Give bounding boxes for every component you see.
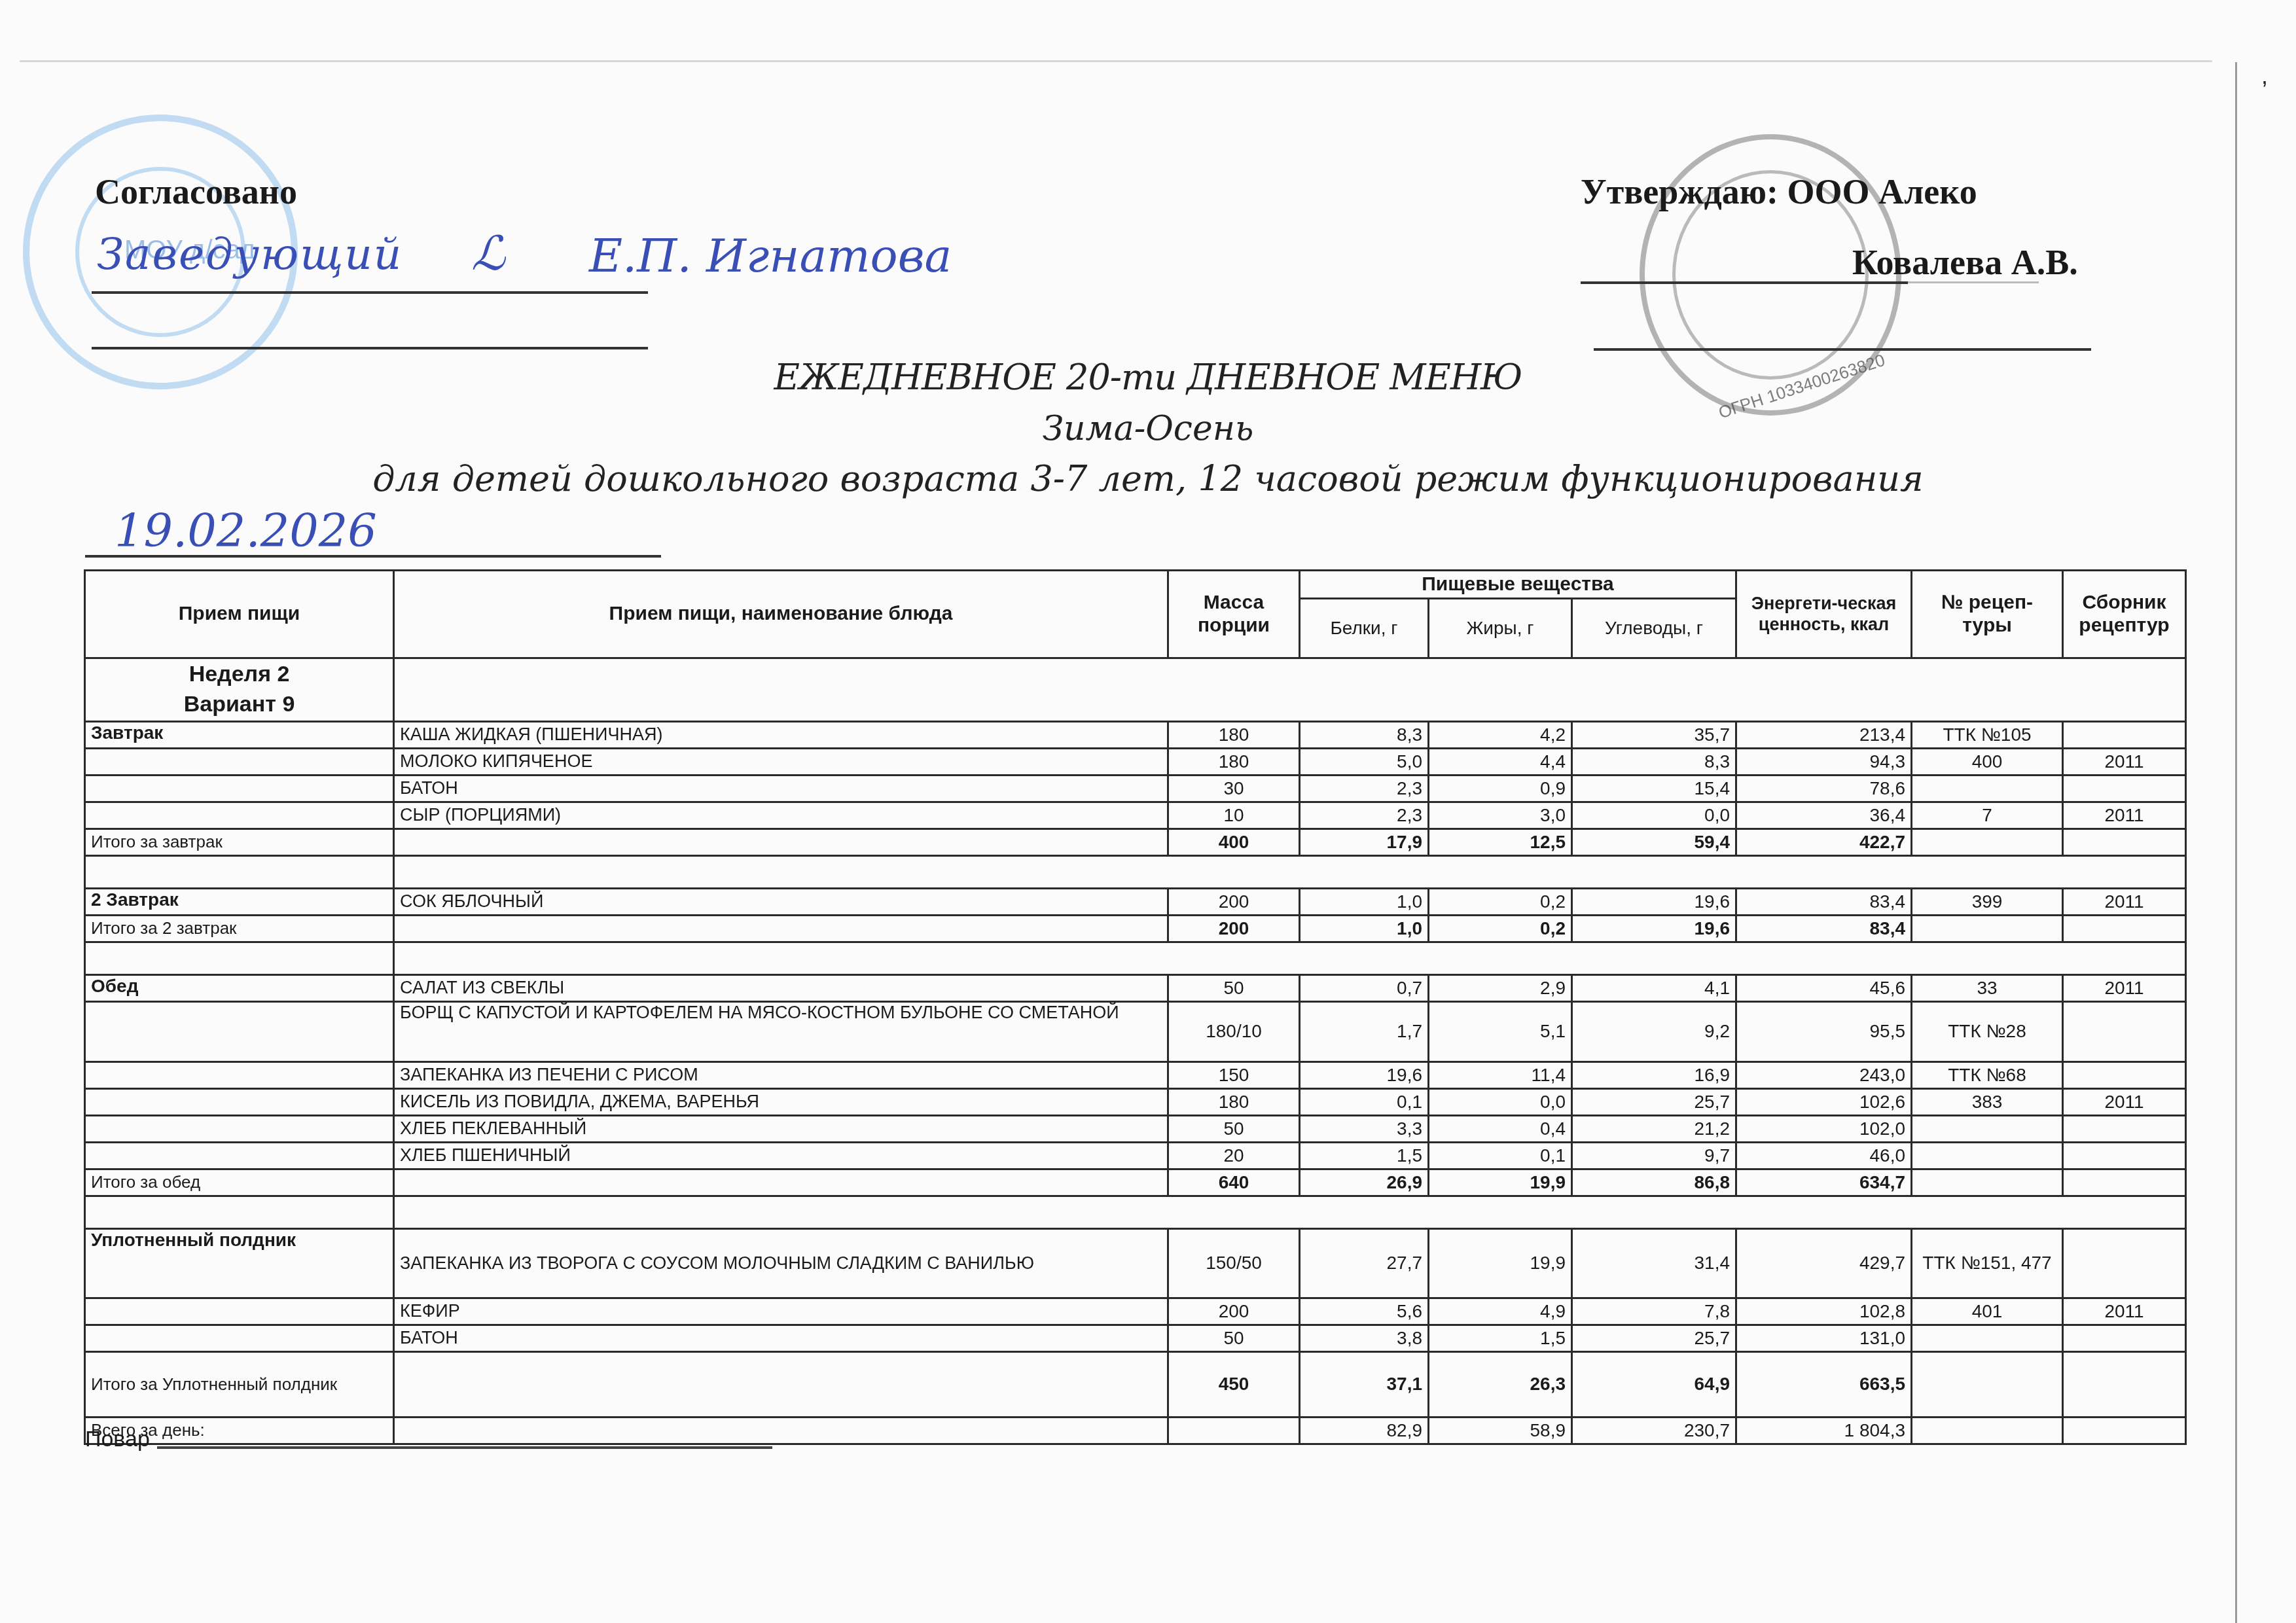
collection-cell: 2011 <box>2063 802 2186 829</box>
energy-cell: 95,5 <box>1736 1002 1912 1062</box>
protein-cell: 1,0 <box>1300 916 1429 942</box>
dish-cell: СЫР (ПОРЦИЯМИ) <box>394 802 1168 829</box>
recipe-cell: ТТК №68 <box>1912 1062 2063 1089</box>
collection-cell <box>2063 1169 2186 1196</box>
protein-cell: 2,3 <box>1300 776 1429 802</box>
variant-label: Вариант 9 <box>91 690 387 720</box>
collection-cell: 2011 <box>2063 1298 2186 1325</box>
spacer-row <box>85 856 2186 889</box>
carbs-cell: 31,4 <box>1572 1229 1736 1298</box>
fat-cell: 19,9 <box>1429 1169 1572 1196</box>
protein-cell: 82,9 <box>1300 1418 1429 1444</box>
protein-cell: 1,0 <box>1300 889 1429 916</box>
spacer-cell <box>85 856 394 889</box>
carbs-cell: 16,9 <box>1572 1062 1736 1089</box>
protein-cell: 27,7 <box>1300 1229 1429 1298</box>
approval-left-position-handwritten: Заведующий <box>97 229 403 279</box>
energy-cell: 46,0 <box>1736 1143 1912 1169</box>
recipe-cell <box>1912 916 2063 942</box>
mass-cell: 20 <box>1168 1143 1300 1169</box>
dish-cell: САЛАТ ИЗ СВЕКЛЫ <box>394 975 1168 1002</box>
header-fat: Жиры, г <box>1429 599 1572 658</box>
fat-cell: 0,9 <box>1429 776 1572 802</box>
collection-cell: 2011 <box>2063 749 2186 776</box>
protein-cell: 2,3 <box>1300 802 1429 829</box>
dish-cell: ЗАПЕКАНКА ИЗ ТВОРОГА С СОУСОМ МОЛОЧНЫМ С… <box>394 1229 1168 1298</box>
approval-left-name-handwritten: Е.П. Игнатова <box>589 229 952 283</box>
dish-row: ОбедСАЛАТ ИЗ СВЕКЛЫ500,72,94,145,6332011 <box>85 975 2186 1002</box>
protein-cell: 1,7 <box>1300 1002 1429 1062</box>
dish-row: СЫР (ПОРЦИЯМИ)102,33,00,036,472011 <box>85 802 2186 829</box>
collection-cell <box>2063 1325 2186 1352</box>
energy-cell: 663,5 <box>1736 1352 1912 1418</box>
mass-cell <box>1168 1418 1300 1444</box>
date-handwritten: 19.02.2026 <box>115 504 377 558</box>
recipe-cell: ТТК №105 <box>1912 722 2063 749</box>
dish-row: ЗавтракКАША ЖИДКАЯ (ПШЕНИЧНАЯ)1808,34,23… <box>85 722 2186 749</box>
energy-cell: 213,4 <box>1736 722 1912 749</box>
collection-cell <box>2063 1418 2186 1444</box>
carbs-cell: 15,4 <box>1572 776 1736 802</box>
document-season: Зима-Осень <box>0 409 2296 448</box>
date-line <box>85 555 661 558</box>
recipe-cell <box>1912 1169 2063 1196</box>
carbs-cell: 9,7 <box>1572 1143 1736 1169</box>
recipe-cell: 33 <box>1912 975 2063 1002</box>
mass-cell: 400 <box>1168 829 1300 856</box>
carbs-cell: 21,2 <box>1572 1116 1736 1143</box>
fat-cell: 0,1 <box>1429 1143 1572 1169</box>
fat-cell: 1,5 <box>1429 1325 1572 1352</box>
header-nutrients: Пищевые вещества <box>1300 571 1736 599</box>
recipe-cell <box>1912 829 2063 856</box>
carbs-cell: 19,6 <box>1572 916 1736 942</box>
document-title: ЕЖЕДНЕВНОЕ 20-ти ДНЕВНОЕ МЕНЮ <box>0 357 2296 398</box>
carbs-cell: 35,7 <box>1572 722 1736 749</box>
protein-cell: 0,7 <box>1300 975 1429 1002</box>
meal-cell <box>85 1116 394 1143</box>
mass-cell: 200 <box>1168 1298 1300 1325</box>
fat-cell: 58,9 <box>1429 1418 1572 1444</box>
dish-cell: КИСЕЛЬ ИЗ ПОВИДЛА, ДЖЕМА, ВАРЕНЬЯ <box>394 1089 1168 1116</box>
mass-cell: 50 <box>1168 1116 1300 1143</box>
collection-cell <box>2063 1116 2186 1143</box>
meal-cell <box>85 1143 394 1169</box>
recipe-cell <box>1912 1352 2063 1418</box>
spacer-cell <box>85 942 394 975</box>
protein-cell: 0,1 <box>1300 1089 1429 1116</box>
mass-cell: 50 <box>1168 975 1300 1002</box>
fat-cell: 12,5 <box>1429 829 1572 856</box>
fat-cell: 0,4 <box>1429 1116 1572 1143</box>
collection-cell <box>2063 722 2186 749</box>
mass-cell: 50 <box>1168 1325 1300 1352</box>
signature-left: ℒ <box>471 226 505 281</box>
carbs-cell: 25,7 <box>1572 1089 1736 1116</box>
energy-cell: 1 804,3 <box>1736 1418 1912 1444</box>
meal-cell: Итого за завтрак <box>85 829 394 856</box>
recipe-cell: 400 <box>1912 749 2063 776</box>
dish-cell <box>394 1352 1168 1418</box>
energy-cell: 102,8 <box>1736 1298 1912 1325</box>
dish-cell: ХЛЕБ ПШЕНИЧНЫЙ <box>394 1143 1168 1169</box>
subtotal-row: Итого за обед64026,919,986,8634,7 <box>85 1169 2186 1196</box>
mass-cell: 200 <box>1168 916 1300 942</box>
dish-row: БАТОН302,30,915,478,6 <box>85 776 2186 802</box>
dish-cell: ЗАПЕКАНКА ИЗ ПЕЧЕНИ С РИСОМ <box>394 1062 1168 1089</box>
dish-cell: КАША ЖИДКАЯ (ПШЕНИЧНАЯ) <box>394 722 1168 749</box>
protein-cell: 3,3 <box>1300 1116 1429 1143</box>
dish-cell: БАТОН <box>394 776 1168 802</box>
dish-cell: БОРЩ С КАПУСТОЙ И КАРТОФЕЛЕМ НА МЯСО-КОС… <box>394 1002 1168 1062</box>
dish-cell <box>394 1418 1168 1444</box>
energy-cell: 131,0 <box>1736 1325 1912 1352</box>
scan-right-edge <box>2235 62 2237 1623</box>
dish-row: ХЛЕБ ПШЕНИЧНЫЙ201,50,19,746,0 <box>85 1143 2186 1169</box>
approval-right-label: Утверждаю: ООО Алеко <box>1581 171 1977 212</box>
dish-row: 2 ЗавтракСОК ЯБЛОЧНЫЙ2001,00,219,683,439… <box>85 889 2186 916</box>
protein-cell: 5,0 <box>1300 749 1429 776</box>
meal-cell: Уплотненный полдник <box>85 1229 394 1298</box>
dish-row: КИСЕЛЬ ИЗ ПОВИДЛА, ДЖЕМА, ВАРЕНЬЯ1800,10… <box>85 1089 2186 1116</box>
recipe-cell: ТТК №28 <box>1912 1002 2063 1062</box>
mass-cell: 450 <box>1168 1352 1300 1418</box>
dish-cell: СОК ЯБЛОЧНЫЙ <box>394 889 1168 916</box>
subtotal-row: Итого за завтрак40017,912,559,4422,7 <box>85 829 2186 856</box>
cook-signature-line <box>157 1446 772 1449</box>
meal-cell: Итого за обед <box>85 1169 394 1196</box>
protein-cell: 3,8 <box>1300 1325 1429 1352</box>
fat-cell: 5,1 <box>1429 1002 1572 1062</box>
header-collection: Сборник рецептур <box>2063 571 2186 658</box>
signature-line-faint <box>1908 281 2039 283</box>
energy-cell: 78,6 <box>1736 776 1912 802</box>
dish-cell: КЕФИР <box>394 1298 1168 1325</box>
carbs-cell: 19,6 <box>1572 889 1736 916</box>
recipe-cell <box>1912 1418 2063 1444</box>
mass-cell: 200 <box>1168 889 1300 916</box>
dish-row: МОЛОКО КИПЯЧЕНОЕ1805,04,48,394,34002011 <box>85 749 2186 776</box>
collection-cell <box>2063 1229 2186 1298</box>
meal-cell <box>85 1062 394 1089</box>
protein-cell: 19,6 <box>1300 1062 1429 1089</box>
signature-line <box>92 291 648 294</box>
signature-line <box>1594 348 2091 351</box>
week-variant-row: Неделя 2 Вариант 9 <box>85 658 2186 722</box>
fat-cell: 4,4 <box>1429 749 1572 776</box>
spacer-cell <box>394 1196 2186 1229</box>
dish-row: БАТОН503,81,525,7131,0 <box>85 1325 2186 1352</box>
mass-cell: 180 <box>1168 1089 1300 1116</box>
meal-cell: Итого за 2 завтрак <box>85 916 394 942</box>
document-subtitle: для детей дошкольного возраста 3-7 лет, … <box>0 458 2296 499</box>
fat-cell: 4,9 <box>1429 1298 1572 1325</box>
mass-cell: 180/10 <box>1168 1002 1300 1062</box>
recipe-cell <box>1912 1143 2063 1169</box>
collection-cell: 2011 <box>2063 889 2186 916</box>
fat-cell: 0,2 <box>1429 916 1572 942</box>
collection-cell <box>2063 1352 2186 1418</box>
carbs-cell: 230,7 <box>1572 1418 1736 1444</box>
energy-cell: 83,4 <box>1736 889 1912 916</box>
fat-cell: 11,4 <box>1429 1062 1572 1089</box>
dish-cell <box>394 829 1168 856</box>
energy-cell: 102,0 <box>1736 1116 1912 1143</box>
energy-cell: 243,0 <box>1736 1062 1912 1089</box>
meal-cell <box>85 1089 394 1116</box>
recipe-cell: 401 <box>1912 1298 2063 1325</box>
protein-cell: 17,9 <box>1300 829 1429 856</box>
spacer-cell <box>394 856 2186 889</box>
header-meal: Прием пищи <box>85 571 394 658</box>
meal-cell: Завтрак <box>85 722 394 749</box>
spacer-cell <box>394 942 2186 975</box>
fat-cell: 26,3 <box>1429 1352 1572 1418</box>
carbs-cell: 8,3 <box>1572 749 1736 776</box>
collection-cell: 2011 <box>2063 1089 2186 1116</box>
menu-table: Прием пищи Прием пищи, наименование блюд… <box>84 569 2187 1445</box>
protein-cell: 5,6 <box>1300 1298 1429 1325</box>
protein-cell: 37,1 <box>1300 1352 1429 1418</box>
carbs-cell: 25,7 <box>1572 1325 1736 1352</box>
protein-cell: 8,3 <box>1300 722 1429 749</box>
energy-cell: 94,3 <box>1736 749 1912 776</box>
dish-row: Уплотненный полдникЗАПЕКАНКА ИЗ ТВОРОГА … <box>85 1229 2186 1298</box>
spacer-cell <box>85 1196 394 1229</box>
header-mass: Масса порции <box>1168 571 1300 658</box>
fat-cell: 0,0 <box>1429 1089 1572 1116</box>
recipe-cell: 399 <box>1912 889 2063 916</box>
meal-cell <box>85 776 394 802</box>
meal-cell <box>85 1002 394 1062</box>
energy-cell: 634,7 <box>1736 1169 1912 1196</box>
meal-cell <box>85 1298 394 1325</box>
energy-cell: 102,6 <box>1736 1089 1912 1116</box>
corner-mark: , <box>2261 62 2268 90</box>
recipe-cell: 383 <box>1912 1089 2063 1116</box>
spacer-row <box>85 942 2186 975</box>
header-energy: Энергети-ческая ценность, ккал <box>1736 571 1912 658</box>
recipe-cell <box>1912 1116 2063 1143</box>
week-variant-cell: Неделя 2 Вариант 9 <box>85 658 394 722</box>
meal-cell <box>85 1325 394 1352</box>
cook-label: Повар <box>85 1427 150 1452</box>
carbs-cell: 86,8 <box>1572 1169 1736 1196</box>
week-variant-empty <box>394 658 2186 722</box>
collection-cell <box>2063 1143 2186 1169</box>
protein-cell: 26,9 <box>1300 1169 1429 1196</box>
recipe-cell <box>1912 1325 2063 1352</box>
meal-cell <box>85 802 394 829</box>
subtotal-row: Итого за 2 завтрак2001,00,219,683,4 <box>85 916 2186 942</box>
meal-cell: Итого за Уплотненный полдник <box>85 1352 394 1418</box>
fat-cell: 0,2 <box>1429 889 1572 916</box>
dish-row: КЕФИР2005,64,97,8102,84012011 <box>85 1298 2186 1325</box>
mass-cell: 640 <box>1168 1169 1300 1196</box>
energy-cell: 45,6 <box>1736 975 1912 1002</box>
fat-cell: 4,2 <box>1429 722 1572 749</box>
mass-cell: 180 <box>1168 722 1300 749</box>
collection-cell <box>2063 1062 2186 1089</box>
collection-cell <box>2063 1002 2186 1062</box>
meal-cell <box>85 749 394 776</box>
carbs-cell: 0,0 <box>1572 802 1736 829</box>
recipe-cell <box>1912 776 2063 802</box>
carbs-cell: 7,8 <box>1572 1298 1736 1325</box>
collection-cell <box>2063 776 2186 802</box>
dish-row: БОРЩ С КАПУСТОЙ И КАРТОФЕЛЕМ НА МЯСО-КОС… <box>85 1002 2186 1062</box>
header-carbs: Углеводы, г <box>1572 599 1736 658</box>
protein-cell: 1,5 <box>1300 1143 1429 1169</box>
energy-cell: 83,4 <box>1736 916 1912 942</box>
mass-cell: 30 <box>1168 776 1300 802</box>
approval-left-label: Согласовано <box>95 171 297 212</box>
dish-cell: БАТОН <box>394 1325 1168 1352</box>
spacer-row <box>85 1196 2186 1229</box>
dish-cell <box>394 916 1168 942</box>
dish-cell: МОЛОКО КИПЯЧЕНОЕ <box>394 749 1168 776</box>
day-total-row: Всего за день:82,958,9230,71 804,3 <box>85 1418 2186 1444</box>
fat-cell: 2,9 <box>1429 975 1572 1002</box>
collection-cell <box>2063 916 2186 942</box>
energy-cell: 429,7 <box>1736 1229 1912 1298</box>
meal-cell: 2 Завтрак <box>85 889 394 916</box>
scan-top-edge <box>20 60 2212 62</box>
header-recipe-no: № рецеп-туры <box>1912 571 2063 658</box>
meal-cell: Обед <box>85 975 394 1002</box>
energy-cell: 422,7 <box>1736 829 1912 856</box>
energy-cell: 36,4 <box>1736 802 1912 829</box>
fat-cell: 3,0 <box>1429 802 1572 829</box>
carbs-cell: 59,4 <box>1572 829 1736 856</box>
dish-cell: ХЛЕБ ПЕКЛЕВАННЫЙ <box>394 1116 1168 1143</box>
header-protein: Белки, г <box>1300 599 1429 658</box>
week-label: Неделя 2 <box>91 660 387 690</box>
dish-row: ЗАПЕКАНКА ИЗ ПЕЧЕНИ С РИСОМ15019,611,416… <box>85 1062 2186 1089</box>
collection-cell: 2011 <box>2063 975 2186 1002</box>
dish-cell <box>394 1169 1168 1196</box>
carbs-cell: 9,2 <box>1572 1002 1736 1062</box>
signature-line <box>92 347 648 349</box>
mass-cell: 180 <box>1168 749 1300 776</box>
mass-cell: 10 <box>1168 802 1300 829</box>
collection-cell <box>2063 829 2186 856</box>
mass-cell: 150 <box>1168 1062 1300 1089</box>
carbs-cell: 4,1 <box>1572 975 1736 1002</box>
signature-line <box>1581 281 1908 284</box>
header-dish: Прием пищи, наименование блюда <box>394 571 1168 658</box>
approval-right-signer: Ковалева А.В. <box>1852 242 2078 283</box>
carbs-cell: 64,9 <box>1572 1352 1736 1418</box>
dish-row: ХЛЕБ ПЕКЛЕВАННЫЙ503,30,421,2102,0 <box>85 1116 2186 1143</box>
mass-cell: 150/50 <box>1168 1229 1300 1298</box>
fat-cell: 19,9 <box>1429 1229 1572 1298</box>
recipe-cell: 7 <box>1912 802 2063 829</box>
subtotal-row: Итого за Уплотненный полдник45037,126,36… <box>85 1352 2186 1418</box>
recipe-cell: ТТК №151, 477 <box>1912 1229 2063 1298</box>
